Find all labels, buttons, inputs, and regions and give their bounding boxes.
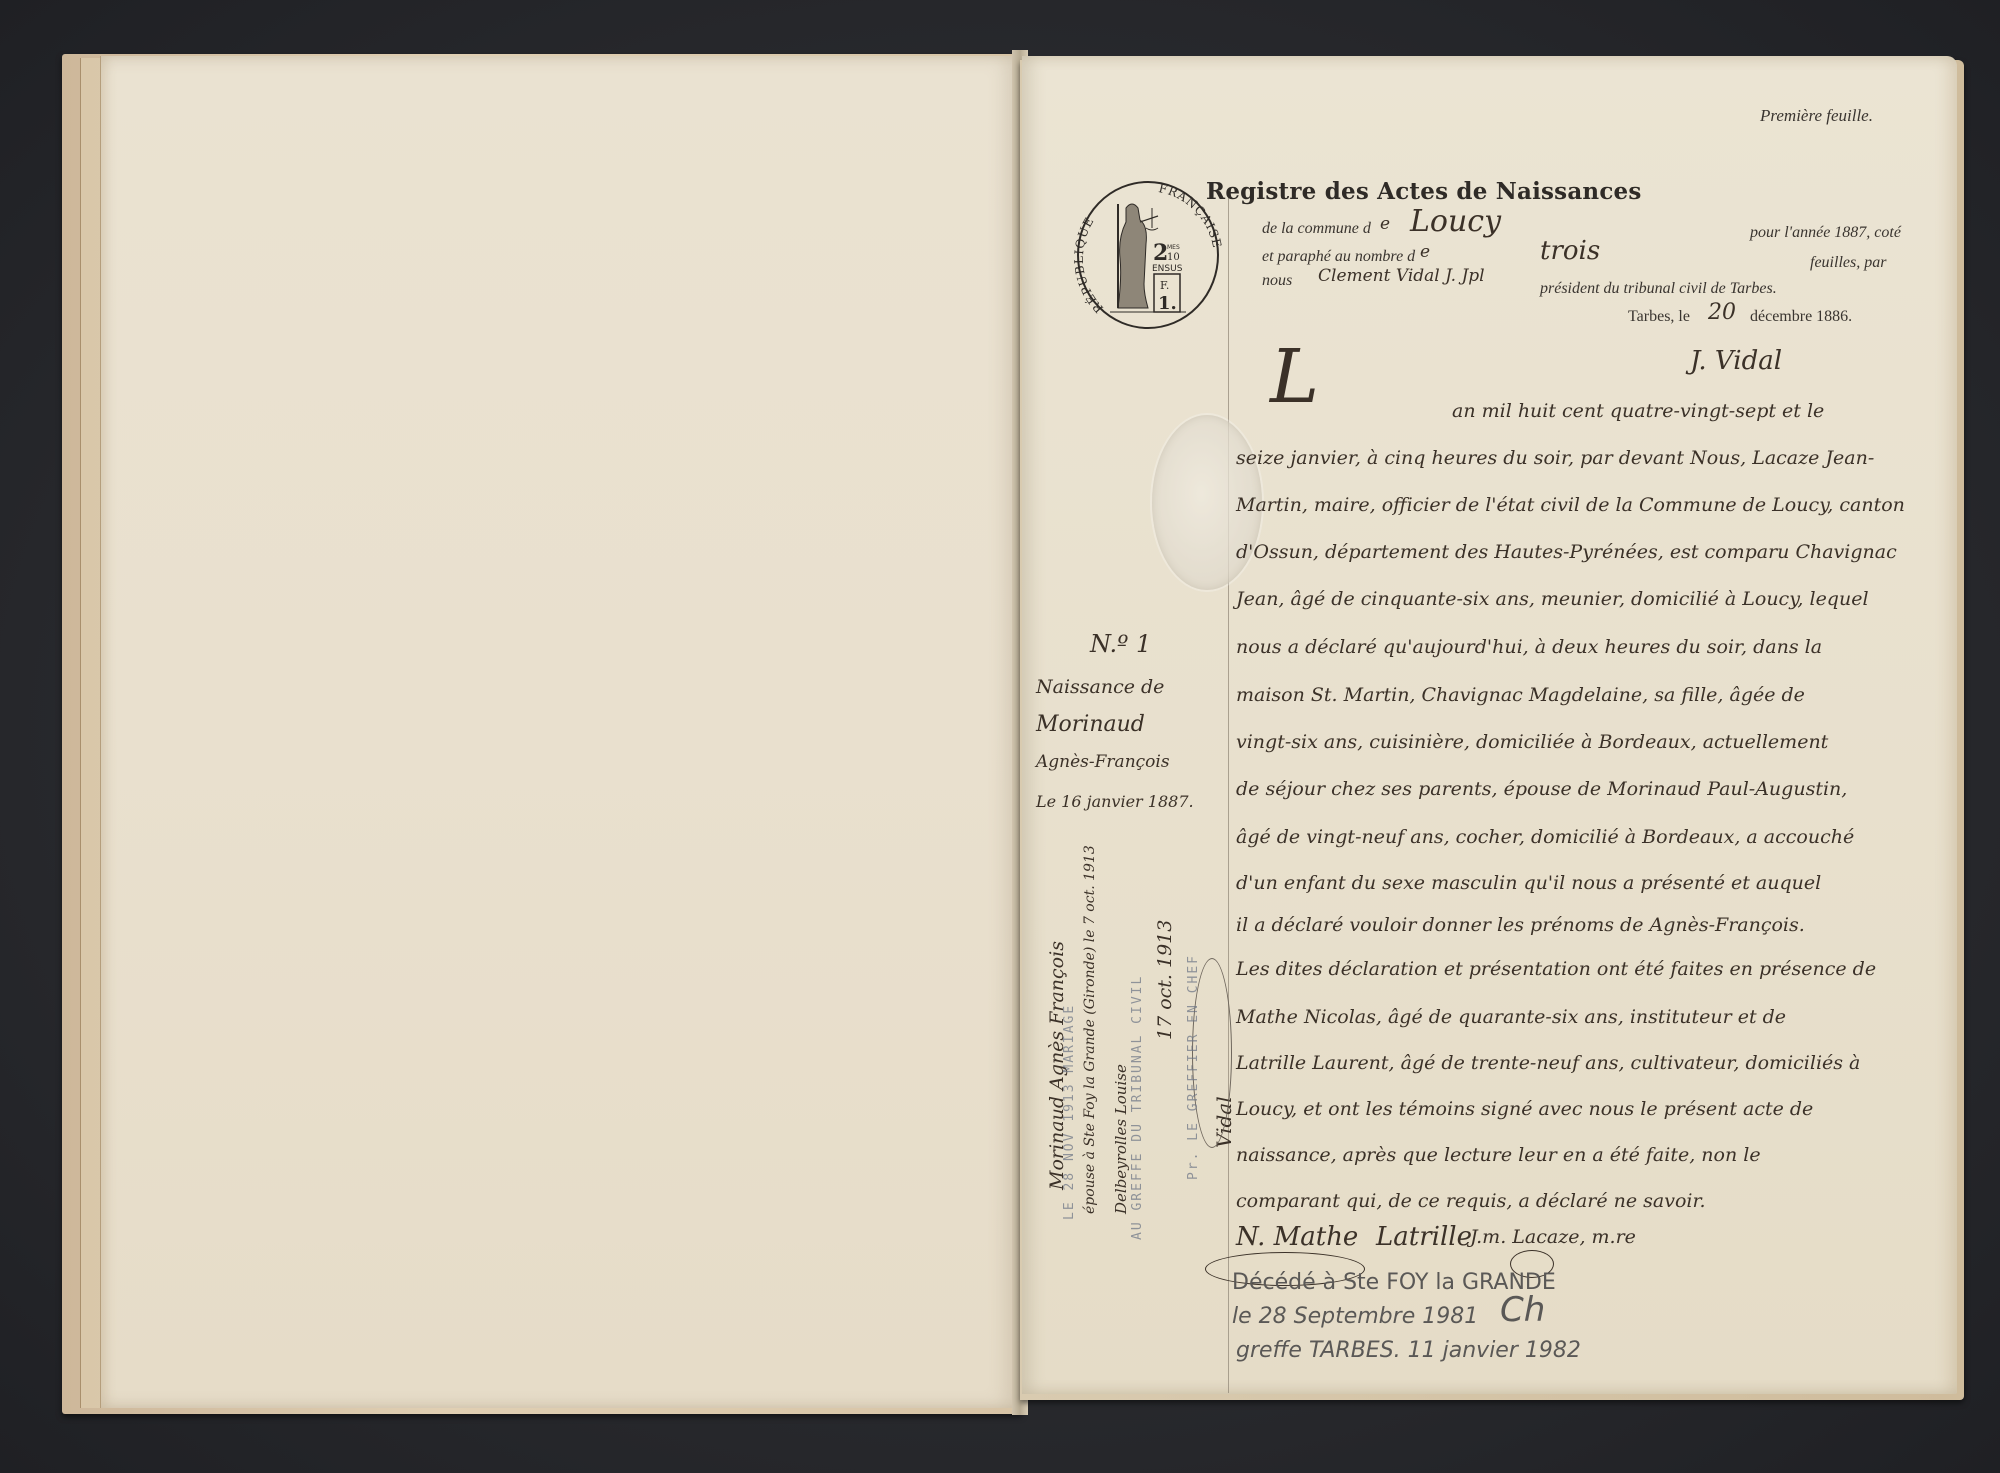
pencil-initials: Ch <box>1500 1290 1545 1330</box>
header-page-count: trois <box>1540 236 1600 266</box>
drop-cap: L <box>1270 334 1319 420</box>
vertical-marriage-date: 17 oct. 1913 <box>1154 920 1176 1040</box>
signature-mayor-lacaze: J.m. Lacaze, m.re <box>1470 1226 1636 1248</box>
svg-text:1.: 1. <box>1158 293 1177 314</box>
vertical-marriage-note-line-2: épouse à Ste Foy la Grande (Gironde) le … <box>1082 845 1098 1214</box>
margin-given-names: Agnès-François <box>1036 752 1170 772</box>
margin-surname: Morinaud <box>1036 712 1145 737</box>
left-page-blank <box>100 56 1018 1408</box>
body-line-5: Jean, âgé de cinquante-six ans, meunier,… <box>1236 588 1869 610</box>
body-line-2: seize janvier, à cinq heures du soir, pa… <box>1236 447 1874 469</box>
republique-francaise-tax-stamp-icon: RÉPUBLIQUE FRANÇAISE 2 MES 10 ENSUS F. 1… <box>1074 178 1222 332</box>
vertical-marriage-note-line-3: Delbeyrolles Louise <box>1112 1064 1130 1214</box>
initial-paraph-signature: J. Vidal <box>1690 346 1782 376</box>
signature-witness-latrille: Latrille <box>1376 1222 1472 1252</box>
body-line-17: naissance, après que lecture leur en a é… <box>1236 1144 1761 1166</box>
body-line-10: âgé de vingt-neuf ans, cocher, domicilié… <box>1236 826 1854 848</box>
signature-witness-mathe: N. Mathe <box>1236 1222 1358 1252</box>
header-year-label: pour l'année 1887, coté <box>1750 224 1901 242</box>
header-day: 20 <box>1708 300 1736 325</box>
margin-naissance-label: Naissance de <box>1036 676 1164 698</box>
header-place-date-label: Tarbes, le <box>1628 308 1690 326</box>
header-feuilles-label: feuilles, par <box>1810 254 1886 272</box>
svg-text:10: 10 <box>1167 252 1180 263</box>
margin-rule-line <box>1228 198 1229 1393</box>
body-line-16: Loucy, et ont les témoins signé avec nou… <box>1236 1098 1813 1120</box>
header-commune-name: Loucy <box>1410 204 1501 239</box>
header-president-label: président du tribunal civil de Tarbes. <box>1540 280 1777 298</box>
vertical-stamp-mariage: LE 28 NOV 1913 MARIAGE <box>1062 1004 1077 1220</box>
body-line-14: Mathe Nicolas, âgé de quarante-six ans, … <box>1236 1006 1786 1028</box>
body-line-13: Les dites déclaration et présentation on… <box>1236 958 1876 980</box>
header-commune-label: de la commune d <box>1262 220 1371 238</box>
margin-birth-date: Le 16 janvier 1887. <box>1036 792 1194 811</box>
vertical-stamp-greffier: Pr. LE GREFFIER EN CHEF <box>1186 954 1201 1180</box>
header-president-name: Clement Vidal J. Jpl <box>1318 266 1485 286</box>
pencil-death-note-line-3: greffe TARBES. 11 janvier 1982 <box>1236 1338 1581 1363</box>
margin-act-number: N.º 1 <box>1090 630 1151 658</box>
svg-text:ENSUS: ENSUS <box>1152 264 1183 274</box>
header-month-year: décembre 1886. <box>1750 308 1852 326</box>
body-line-6: nous a déclaré qu'aujourd'hui, à deux he… <box>1236 636 1822 658</box>
body-line-15: Latrille Laurent, âgé de trente-neuf ans… <box>1236 1052 1860 1074</box>
body-line-4: d'Ossun, département des Hautes-Pyrénées… <box>1236 541 1897 563</box>
svg-text:F.: F. <box>1160 279 1169 292</box>
body-line-3: Martin, maire, officier de l'état civil … <box>1236 494 1905 516</box>
body-line-12: il a déclaré vouloir donner les prénoms … <box>1236 914 1805 936</box>
register-title: Registre des Actes de Naissances <box>1206 178 1642 205</box>
vertical-stamp-greffe: AU GREFFE DU TRIBUNAL CIVIL <box>1130 975 1145 1240</box>
body-line-11: d'un enfant du sexe masculin qu'il nous … <box>1236 872 1821 894</box>
page-label: Première feuille. <box>1760 106 1873 126</box>
header-paraph-label: et paraphé au nombre d <box>1262 248 1415 266</box>
body-line-9: de séjour chez ses parents, épouse de Mo… <box>1236 778 1847 800</box>
header-nous-label: nous <box>1262 272 1292 290</box>
body-line-7: maison St. Martin, Chavignac Magdelaine,… <box>1236 684 1805 706</box>
header-commune-suffix: e <box>1380 214 1390 234</box>
svg-text:MES: MES <box>1167 244 1180 251</box>
body-line-1: an mil huit cent quatre-vingt-sept et le <box>1452 400 1824 422</box>
svg-text:RÉPUBLIQUE: RÉPUBLIQUE <box>1074 214 1106 315</box>
header-paraph-suffix: e <box>1420 242 1430 262</box>
pencil-death-note-line-2: le 28 Septembre 1981 <box>1232 1304 1478 1329</box>
body-line-8: vingt-six ans, cuisinière, domiciliée à … <box>1236 731 1828 753</box>
body-line-18: comparant qui, de ce requis, a déclaré n… <box>1236 1190 1706 1212</box>
